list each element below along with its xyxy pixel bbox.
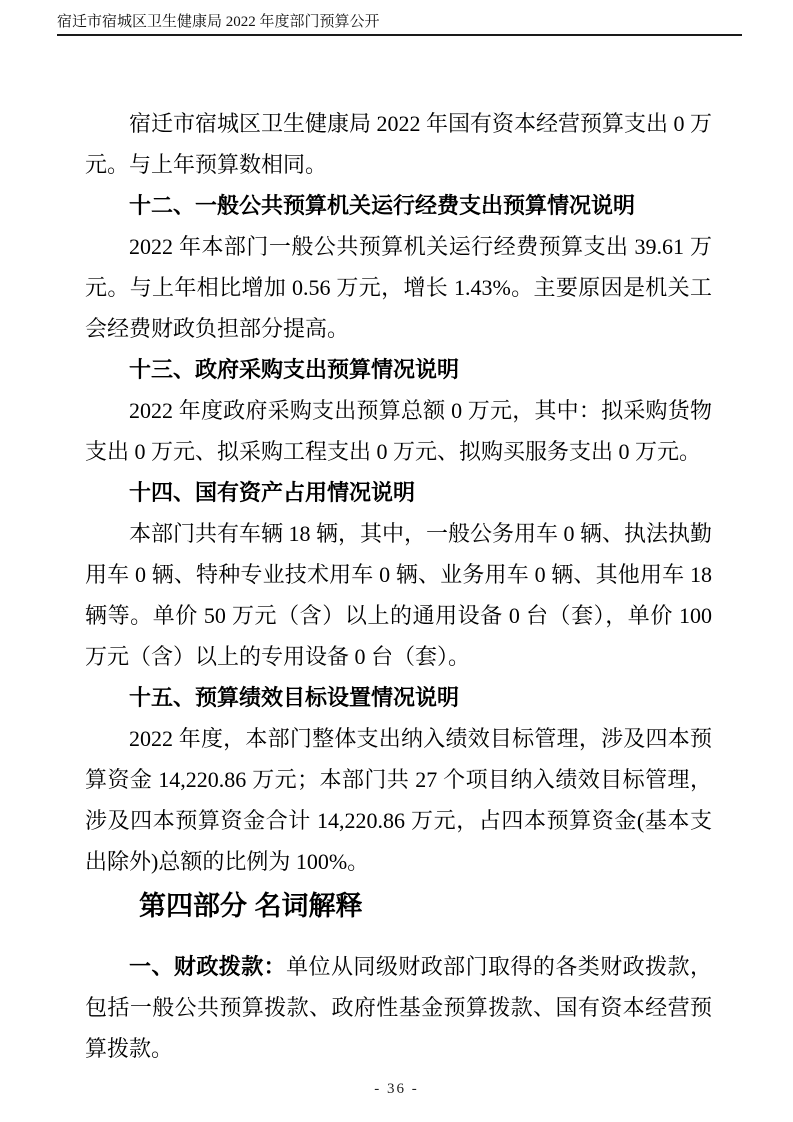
term-1-paragraph: 一、财政拨款：单位从同级财政部门取得的各类财政拨款，包括一般公共预算拨款、政府性…	[85, 946, 712, 1069]
header-title: 宿迁市宿城区卫生健康局 2022 年度部门预算公开	[57, 14, 380, 30]
section-14-paragraph: 本部门共有车辆 18 辆，其中，一般公务用车 0 辆、执法执勤用车 0 辆、特种…	[85, 513, 712, 677]
section-15-heading: 十五、预算绩效目标设置情况说明	[85, 677, 712, 718]
term-1-label: 一、财政拨款：	[129, 954, 286, 979]
section-14-heading: 十四、国有资产占用情况说明	[85, 472, 712, 513]
section-12-paragraph: 2022 年本部门一般公共预算机关运行经费预算支出 39.61 万元。与上年相比…	[85, 226, 712, 349]
page-header: 宿迁市宿城区卫生健康局 2022 年度部门预算公开	[57, 13, 742, 36]
section-12-heading: 十二、一般公共预算机关运行经费支出预算情况说明	[85, 185, 712, 226]
section-13-paragraph: 2022 年度政府采购支出预算总额 0 万元，其中：拟采购货物支出 0 万元、拟…	[85, 390, 712, 472]
document-body: 宿迁市宿城区卫生健康局 2022 年国有资本经营预算支出 0 万元。与上年预算数…	[85, 103, 712, 1069]
document-page: 宿迁市宿城区卫生健康局 2022 年度部门预算公开 宿迁市宿城区卫生健康局 20…	[0, 0, 793, 1122]
page-footer: - 36 -	[0, 1081, 793, 1098]
section-15-paragraph: 2022 年度，本部门整体支出纳入绩效目标管理，涉及四本预算资金 14,220.…	[85, 718, 712, 882]
section-13-heading: 十三、政府采购支出预算情况说明	[85, 349, 712, 390]
intro-paragraph: 宿迁市宿城区卫生健康局 2022 年国有资本经营预算支出 0 万元。与上年预算数…	[85, 103, 712, 185]
page-number: - 36 -	[374, 1081, 419, 1097]
part-4-title: 第四部分 名词解释	[85, 882, 712, 930]
